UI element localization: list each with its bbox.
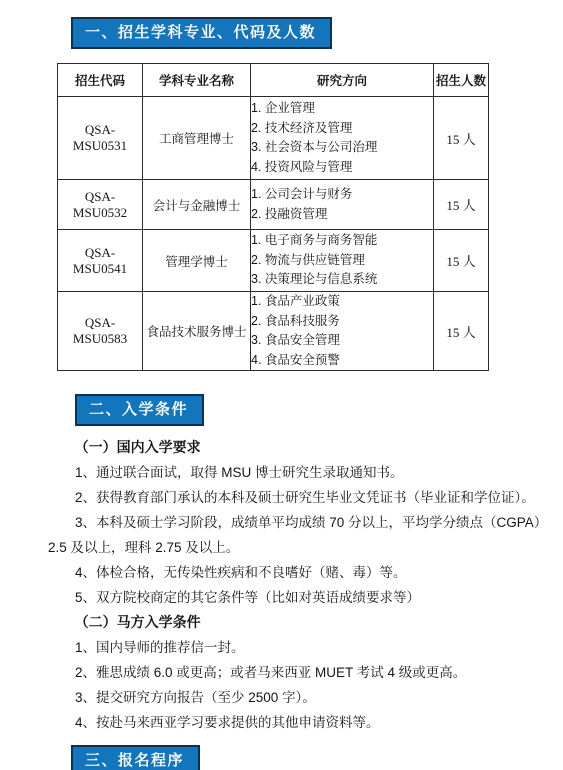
direction-item: 2. 食品科技服务 <box>251 312 433 332</box>
section-2-banner-row: 二、入学条件 <box>75 394 563 426</box>
list-item: 1、通过联合面试，取得 MSU 博士研究生录取通知书。 <box>48 460 542 485</box>
direction-item: 1. 企业管理 <box>251 99 433 119</box>
major-name-cell: 会计与金融博士 <box>143 180 251 230</box>
research-directions-cell: 1. 公司会计与财务 2. 投融资管理 <box>251 180 434 230</box>
section-3-banner: 三、报名程序 <box>71 745 200 770</box>
direction-item: 1. 食品产业政策 <box>251 292 433 312</box>
list-item: 5、双方院校商定的其它条件等（比如对英语成绩要求等） <box>48 585 542 610</box>
list-item: 1、国内导师的推荐信一封。 <box>48 635 542 660</box>
major-name-cell: 管理学博士 <box>143 230 251 292</box>
section-1-banner: 一、招生学科专业、代码及人数 <box>71 17 332 49</box>
direction-item: 3. 食品安全管理 <box>251 331 433 351</box>
list-item: 4、按赴马来西亚学习要求提供的其他申请资料等。 <box>48 710 542 735</box>
research-directions-cell: 1. 食品产业政策 2. 食品科技服务 3. 食品安全管理 4. 食品安全预警 <box>251 292 434 371</box>
table-row: QSA-MSU0532 会计与金融博士 1. 公司会计与财务 2. 投融资管理 … <box>58 180 489 230</box>
table-header-row: 招生代码 学科专业名称 研究方向 招生人数 <box>58 64 489 97</box>
list-item: 2、获得教育部门承认的本科及硕士研究生毕业文凭证书（毕业证和学位证）。 <box>48 485 542 510</box>
direction-item: 3. 决策理论与信息系统 <box>251 270 433 290</box>
header-quota: 招生人数 <box>434 64 489 97</box>
direction-item: 4. 投资风险与管理 <box>251 158 433 178</box>
direction-item: 3. 社会资本与公司治理 <box>251 138 433 158</box>
section-1-banner-row: 一、招生学科专业、代码及人数 <box>71 0 563 49</box>
admission-code-cell: QSA-MSU0532 <box>58 180 143 230</box>
table-row: QSA-MSU0541 管理学博士 1. 电子商务与商务智能 2. 物流与供应链… <box>58 230 489 292</box>
admission-table: 招生代码 学科专业名称 研究方向 招生人数 QSA-MSU0531 工商管理博士… <box>57 63 489 371</box>
section-2-banner: 二、入学条件 <box>75 394 204 426</box>
table-row: QSA-MSU0583 食品技术服务博士 1. 食品产业政策 2. 食品科技服务… <box>58 292 489 371</box>
list-item: 3、本科及硕士学习阶段，成绩单平均成绩 70 分以上，平均学分绩点（CGPA）2… <box>48 510 542 560</box>
header-major-name: 学科专业名称 <box>143 64 251 97</box>
table-row: QSA-MSU0531 工商管理博士 1. 企业管理 2. 技术经济及管理 3.… <box>58 97 489 180</box>
research-directions-cell: 1. 企业管理 2. 技术经济及管理 3. 社会资本与公司治理 4. 投资风险与… <box>251 97 434 180</box>
major-name-cell: 食品技术服务博士 <box>143 292 251 371</box>
quota-cell: 15 人 <box>434 180 489 230</box>
subsection-heading-domestic: （一）国内入学要求 <box>48 435 542 460</box>
quota-cell: 15 人 <box>434 292 489 371</box>
direction-item: 2. 技术经济及管理 <box>251 119 433 139</box>
section-3-banner-row: 三、报名程序 <box>71 745 563 770</box>
admission-code-cell: QSA-MSU0541 <box>58 230 143 292</box>
list-item: 4、体检合格，无传染性疾病和不良嗜好（赌、毒）等。 <box>48 560 542 585</box>
list-item: 3、提交研究方向报告（至少 2500 字）。 <box>48 685 542 710</box>
major-name-cell: 工商管理博士 <box>143 97 251 180</box>
header-research-direction: 研究方向 <box>251 64 434 97</box>
admission-conditions-text: （一）国内入学要求 1、通过联合面试，取得 MSU 博士研究生录取通知书。 2、… <box>48 435 542 735</box>
list-item: 2、雅思成绩 6.0 或更高；或者马来西亚 MUET 考试 4 级或更高。 <box>48 660 542 685</box>
direction-item: 2. 投融资管理 <box>251 205 433 225</box>
subsection-heading-malaysia: （二）马方入学条件 <box>48 610 542 635</box>
admission-code-cell: QSA-MSU0531 <box>58 97 143 180</box>
quota-cell: 15 人 <box>434 97 489 180</box>
direction-item: 1. 电子商务与商务智能 <box>251 231 433 251</box>
document-page: 一、招生学科专业、代码及人数 招生代码 学科专业名称 研究方向 招生人数 QSA… <box>0 0 563 770</box>
direction-item: 1. 公司会计与财务 <box>251 185 433 205</box>
research-directions-cell: 1. 电子商务与商务智能 2. 物流与供应链管理 3. 决策理论与信息系统 <box>251 230 434 292</box>
header-admission-code: 招生代码 <box>58 64 143 97</box>
direction-item: 4. 食品安全预警 <box>251 351 433 371</box>
direction-item: 2. 物流与供应链管理 <box>251 251 433 271</box>
quota-cell: 15 人 <box>434 230 489 292</box>
admission-code-cell: QSA-MSU0583 <box>58 292 143 371</box>
